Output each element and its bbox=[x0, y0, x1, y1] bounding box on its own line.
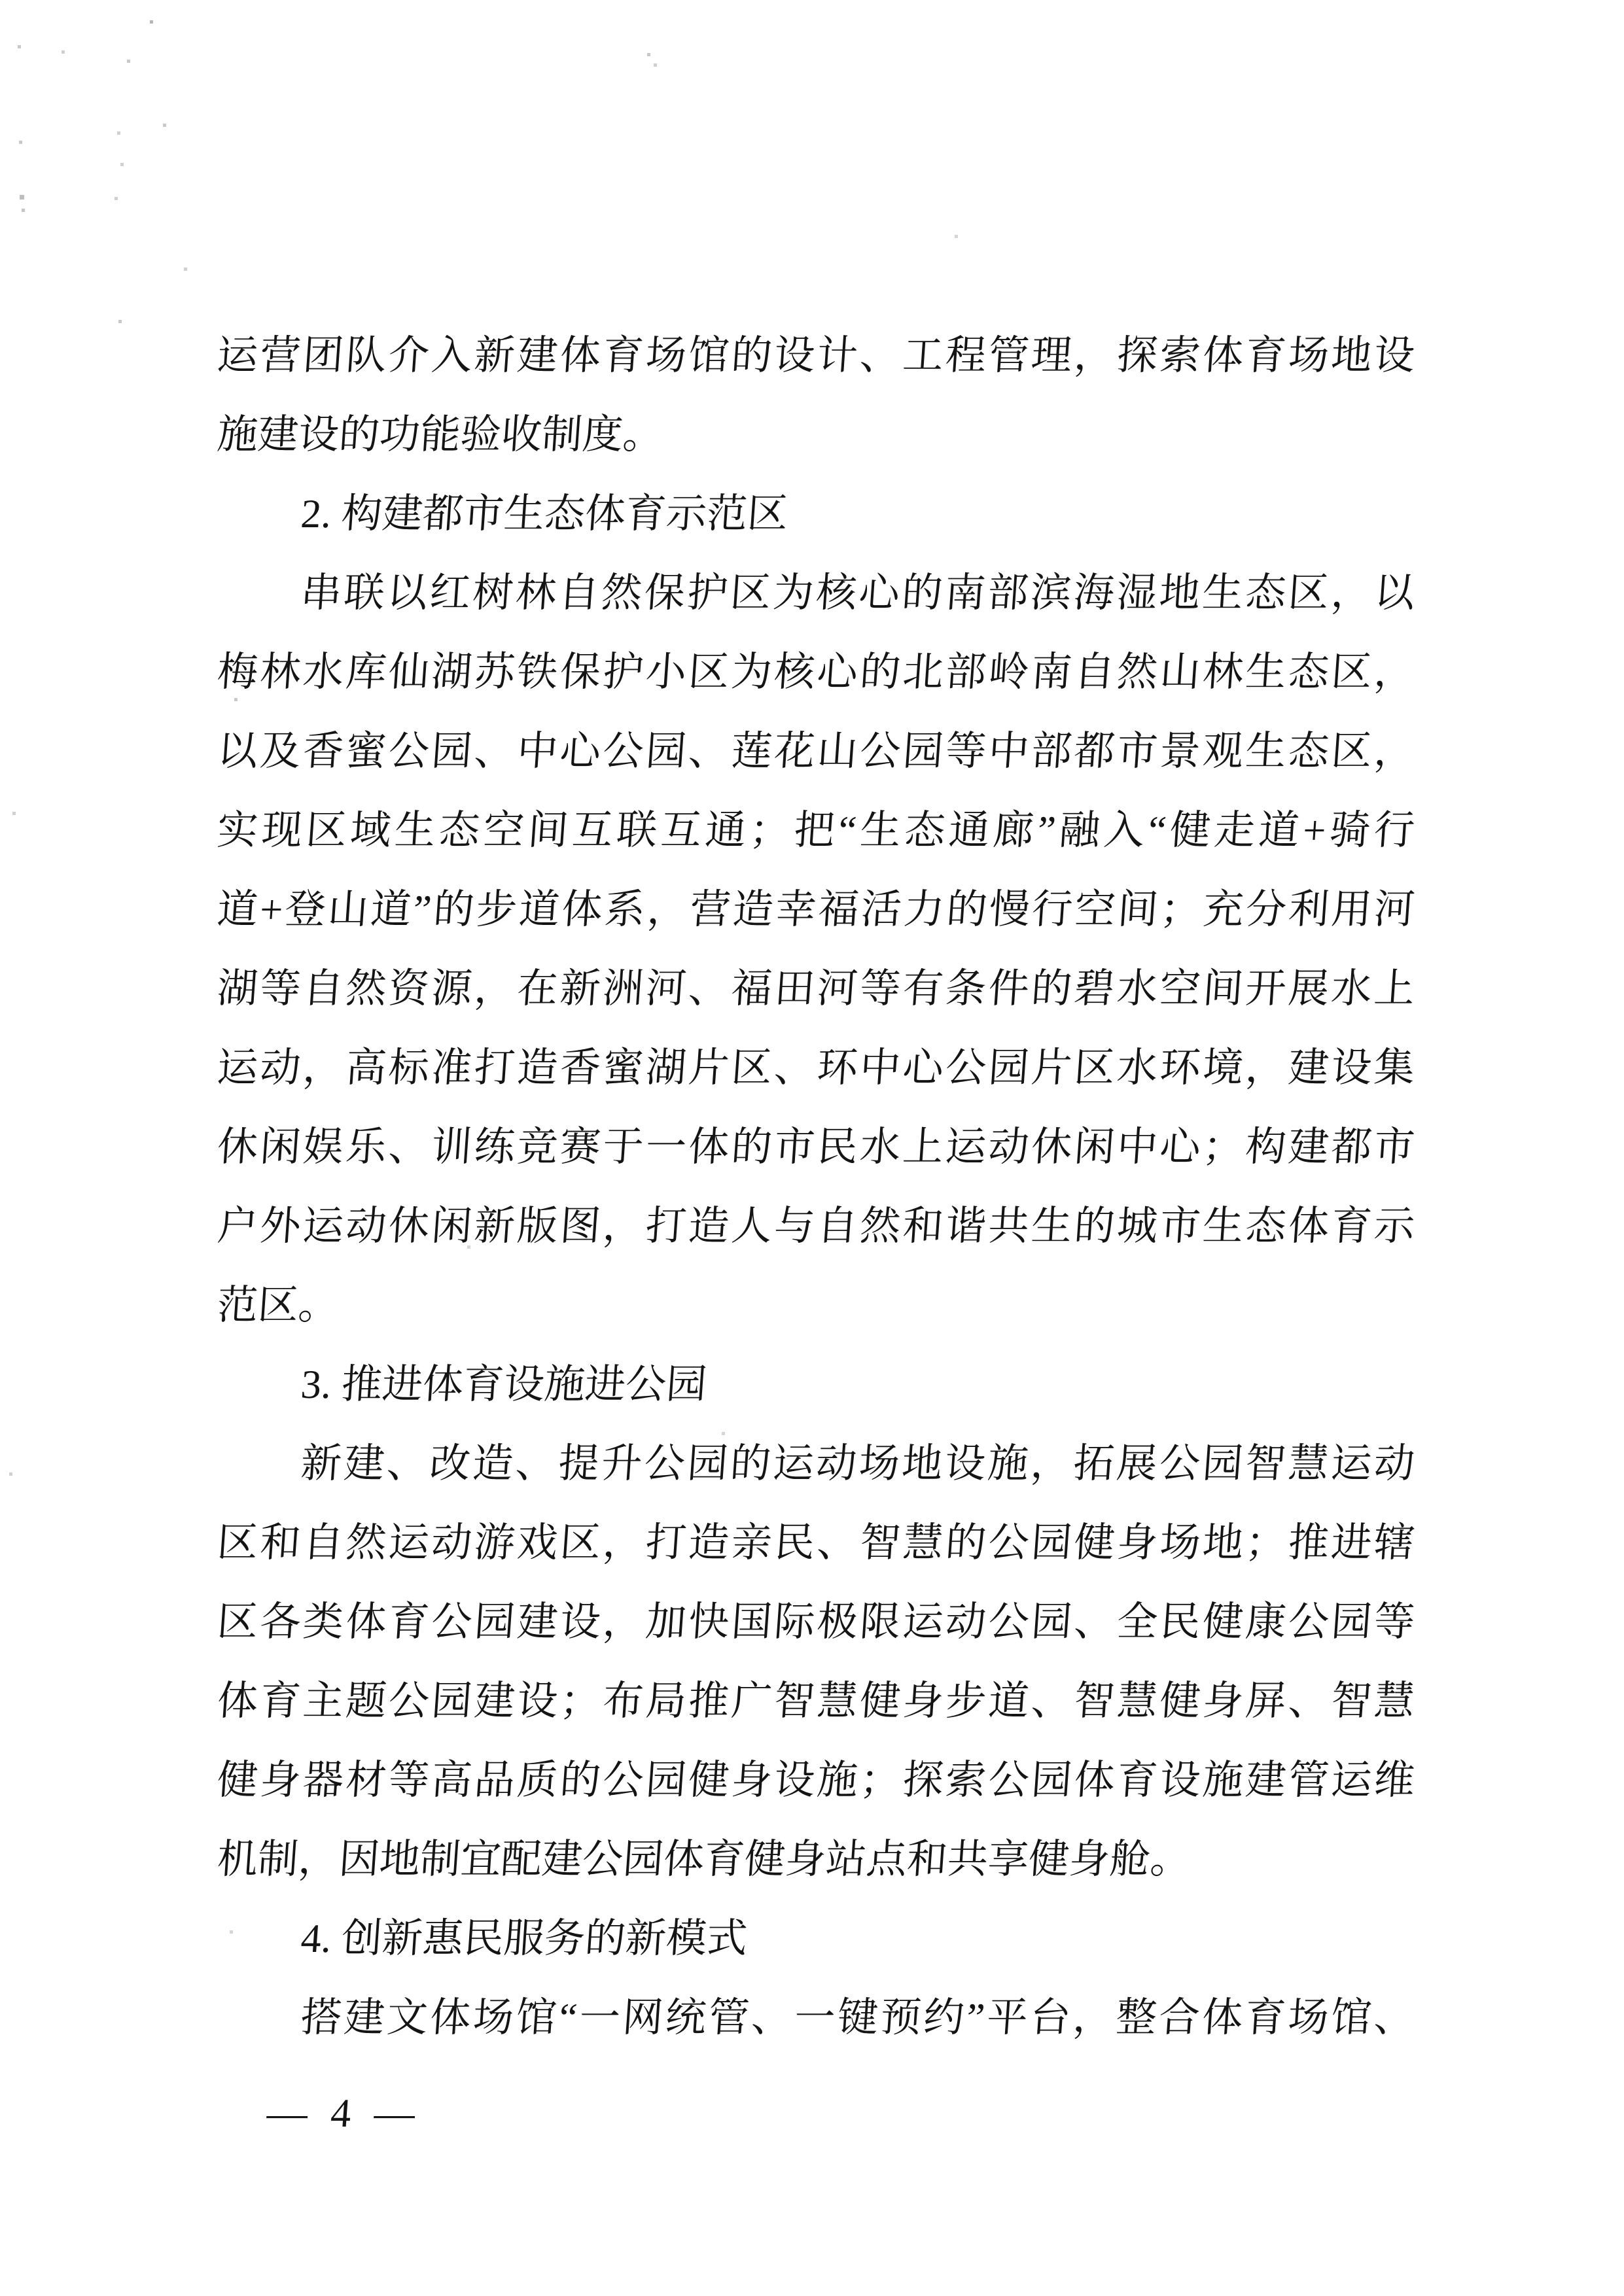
text-line: 体育主题公园建设；布局推广智慧健身步道、智慧健身屏、智慧 bbox=[215, 1662, 1417, 1741]
document-page: 运营团队介入新建体育场馆的设计、工程管理，探索体育场地设施建设的功能验收制度。2… bbox=[0, 0, 1624, 2296]
text-line: 实现区域生态空间互联互通；把“生态通廊”融入“健走道+骑行 bbox=[215, 791, 1417, 871]
text-line: 湖等自然资源，在新洲河、福田河等有条件的碧水空间开展水上 bbox=[215, 950, 1417, 1029]
text-line: 范区。 bbox=[215, 1266, 1417, 1346]
text-line: 区和自然运动游戏区，打造亲民、智慧的公园健身场地；推进辖 bbox=[215, 1504, 1417, 1583]
text-line: 机制，因地制宜配建公园体育健身站点和共享健身舱。 bbox=[215, 1820, 1417, 1900]
text-line: 健身器材等高品质的公园健身设施；探索公园体育设施建管运维 bbox=[215, 1741, 1417, 1820]
text-line: 休闲娱乐、训练竞赛于一体的市民水上运动休闲中心；构建都市 bbox=[215, 1108, 1417, 1187]
text-line: 3. 推进体育设施进公园 bbox=[215, 1346, 1417, 1425]
text-lines: 运营团队介入新建体育场馆的设计、工程管理，探索体育场地设施建设的功能验收制度。2… bbox=[217, 317, 1415, 2058]
text-line: 户外运动休闲新版图，打造人与自然和谐共生的城市生态体育示 bbox=[215, 1187, 1417, 1266]
scan-noise bbox=[0, 0, 2, 2]
text-line: 梅林水库仙湖苏铁保护小区为核心的北部岭南自然山林生态区， bbox=[215, 633, 1417, 712]
text-line: 新建、改造、提升公园的运动场地设施，拓展公园智慧运动 bbox=[215, 1425, 1417, 1504]
document-body: 运营团队介入新建体育场馆的设计、工程管理，探索体育场地设施建设的功能验收制度。2… bbox=[217, 317, 1415, 2058]
text-line: 串联以红树林自然保护区为核心的南部滨海湿地生态区，以 bbox=[215, 554, 1417, 633]
text-line: 4. 创新惠民服务的新模式 bbox=[215, 1900, 1417, 1979]
page-number: — 4 — bbox=[266, 2091, 423, 2136]
text-line: 2. 构建都市生态体育示范区 bbox=[215, 475, 1417, 554]
text-line: 运营团队介入新建体育场馆的设计、工程管理，探索体育场地设 bbox=[215, 317, 1417, 396]
text-line: 施建设的功能验收制度。 bbox=[215, 396, 1417, 475]
text-line: 搭建文体场馆“一网统管、一键预约”平台，整合体育场馆、 bbox=[215, 1979, 1417, 2058]
text-line: 区各类体育公园建设，加快国际极限运动公园、全民健康公园等 bbox=[215, 1583, 1417, 1662]
text-line: 以及香蜜公园、中心公园、莲花山公园等中部都市景观生态区， bbox=[215, 712, 1417, 791]
text-line: 道+登山道”的步道体系，营造幸福活力的慢行空间；充分利用河 bbox=[215, 871, 1417, 950]
text-line: 运动，高标准打造香蜜湖片区、环中心公园片区水环境，建设集 bbox=[215, 1029, 1417, 1108]
